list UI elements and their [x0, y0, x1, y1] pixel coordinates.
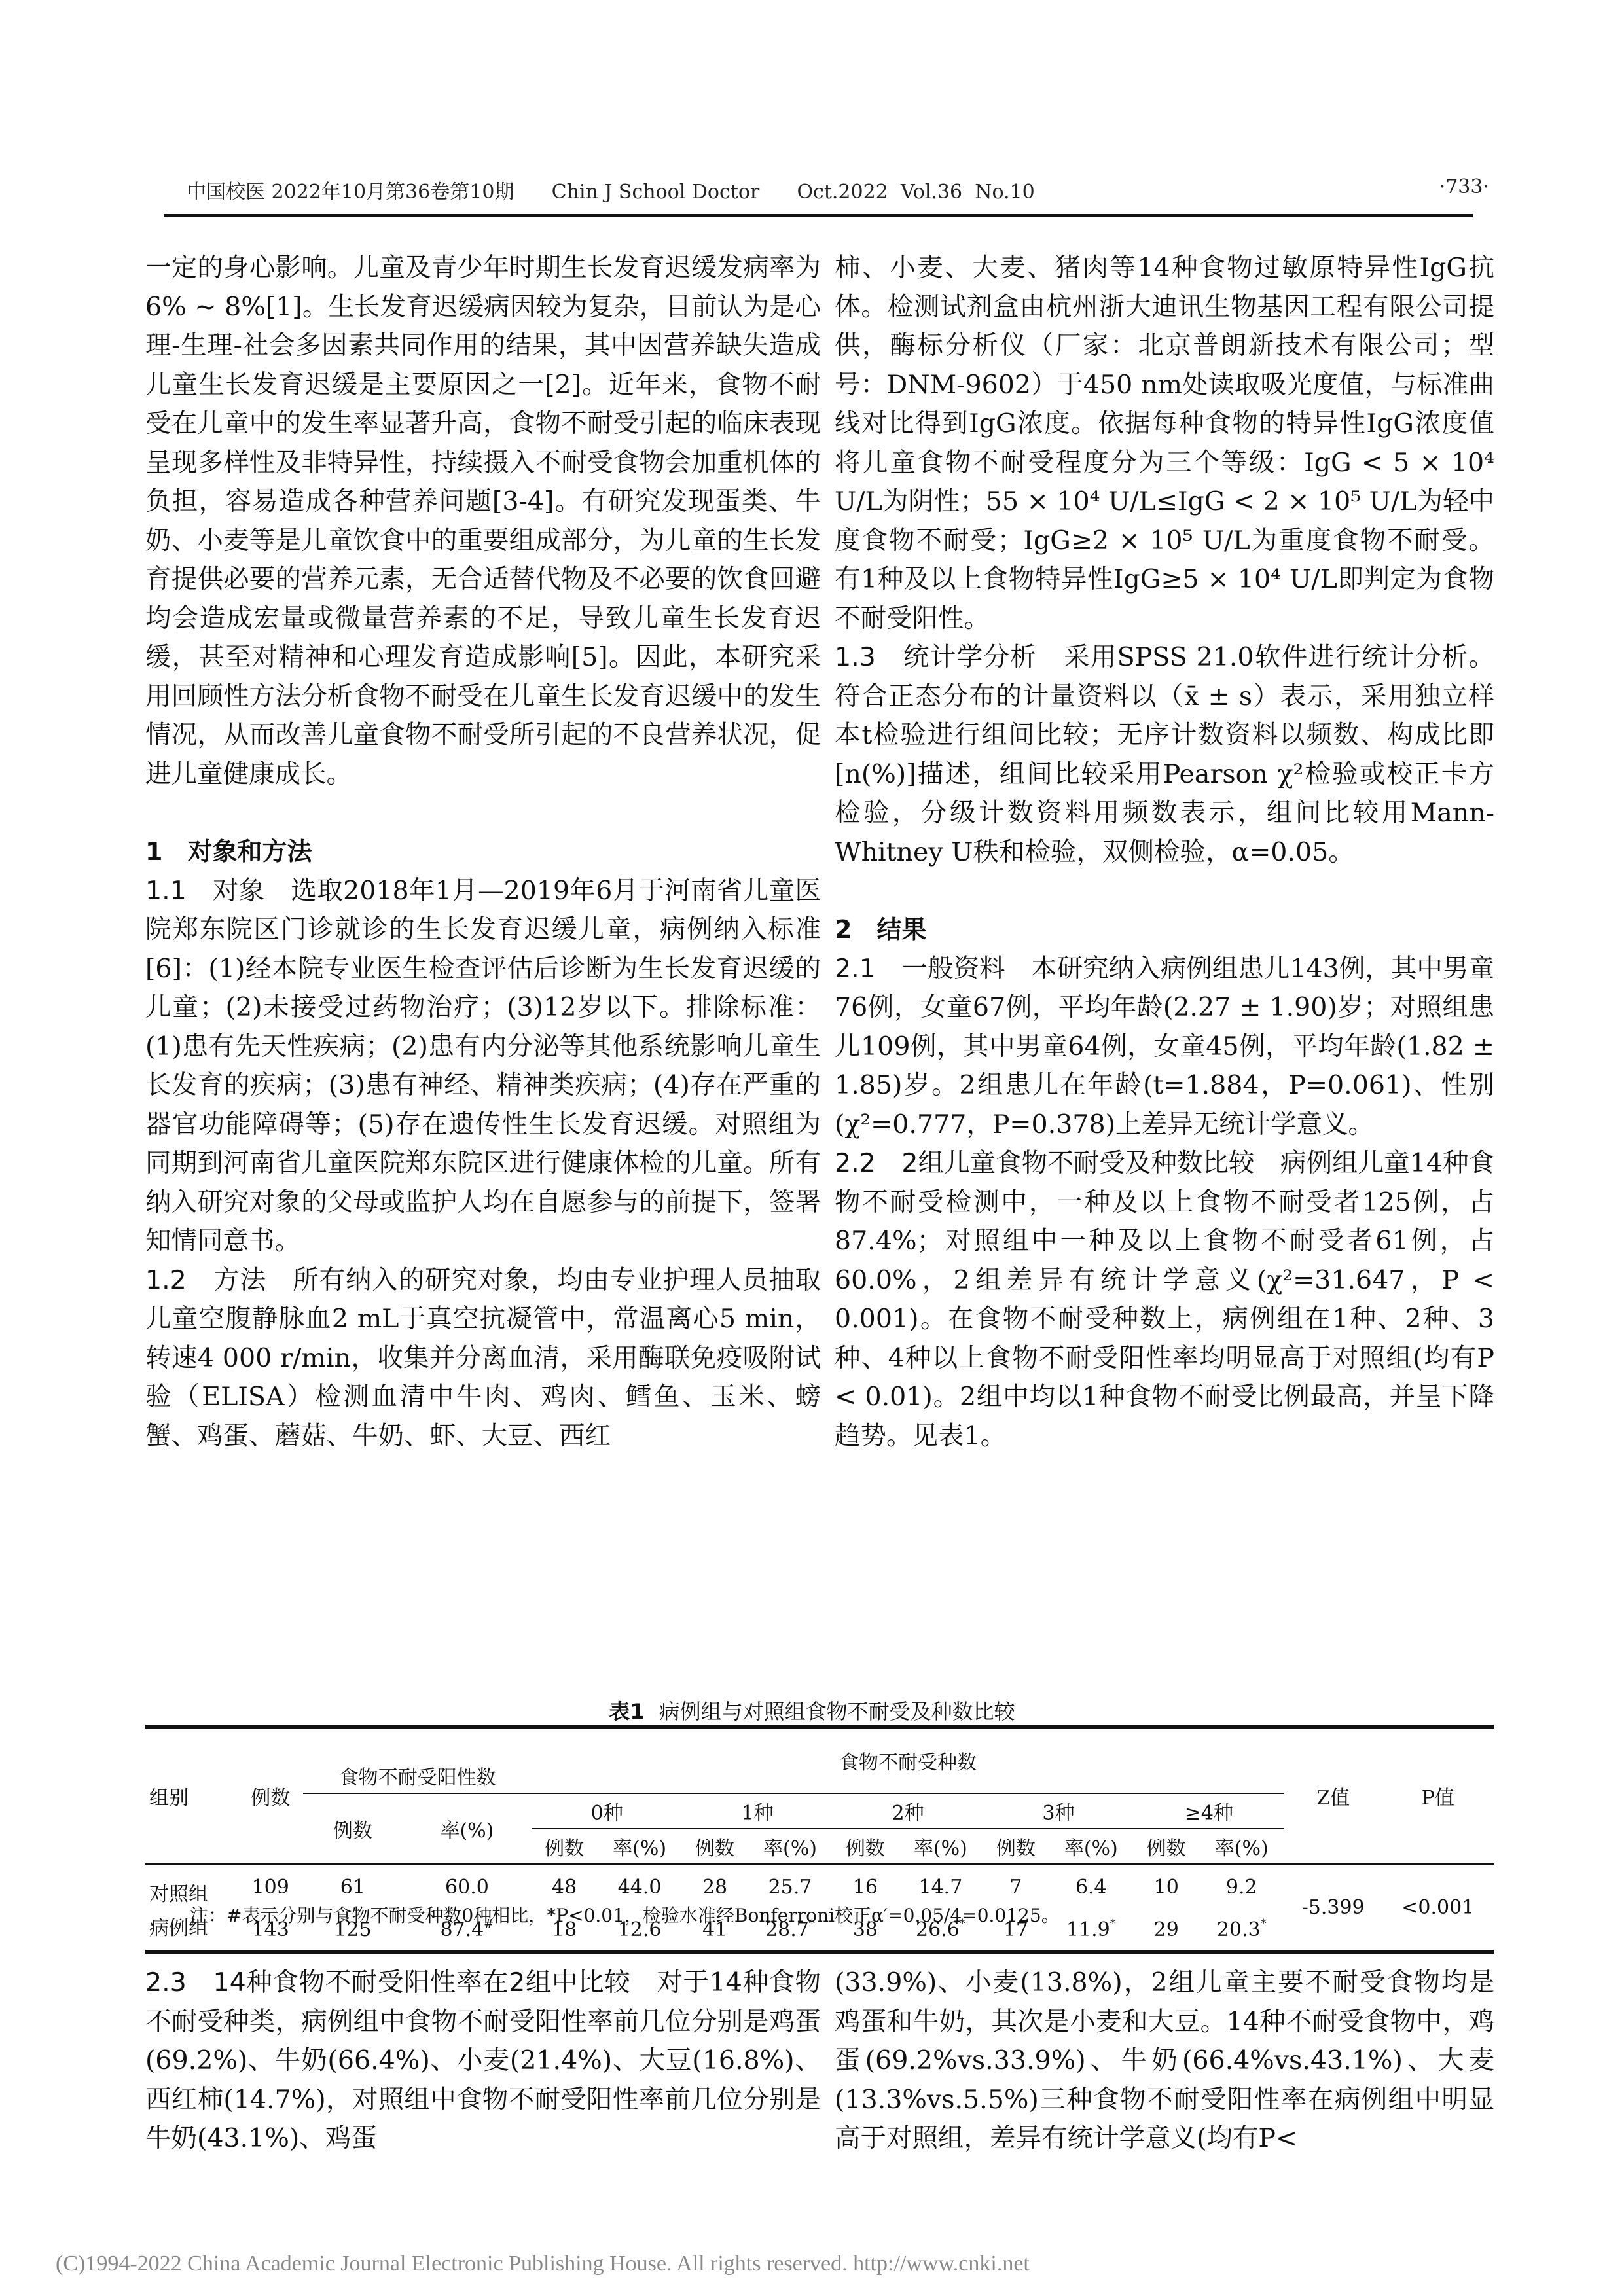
cell-p-value: <0.001: [1382, 1864, 1494, 1952]
th-rate: 率(%): [748, 1829, 833, 1864]
table-note: 注：#表示分别与食物不耐受种数0种相比，*P<0.01，检验水准经Bonferr…: [190, 1901, 1060, 1928]
cell-n: 10: [1134, 1864, 1199, 1909]
bottom-right-column: (33.9%)、小麦(13.8%)，2组儿童主要不耐受食物均是鸡蛋和牛奶，其次是…: [835, 1964, 1494, 2159]
copyright-footer: (C)1994-2022 China Academic Journal Elec…: [56, 2251, 1030, 2276]
th-rate: 率(%): [898, 1829, 983, 1864]
paragraph-2-2: 2.2 2组儿童食物不耐受及种数比较 病例组儿童14种食物不耐受检测中，一种及以…: [835, 1144, 1494, 1456]
section-heading-results: 2 结果: [835, 910, 1494, 950]
th-n: 例数: [983, 1829, 1049, 1864]
right-column: 柿、小麦、大麦、猪肉等14种食物过敏原特异性IgG抗体。检测试剂盒由杭州浙大迪讯…: [835, 249, 1494, 1456]
paragraph-2-1: 2.1 一般资料 本研究纳入病例组患儿143例，其中男童76例，女童67例，平均…: [835, 950, 1494, 1145]
subheading-2-1: 2.1 一般资料: [835, 954, 1005, 984]
th-type-0: 0种: [532, 1793, 682, 1829]
header-rule: [164, 214, 1473, 217]
th-group: 组别: [145, 1727, 238, 1864]
subheading-1-3: 1.3 统计学分析: [835, 642, 1037, 672]
th-cases: 例数: [238, 1727, 303, 1864]
subheading-1-1: 1.1 对象: [145, 876, 265, 906]
cell-rate: 20.3*: [1199, 1909, 1284, 1952]
th-type-3: 3种: [983, 1793, 1134, 1829]
th-type-2: 2种: [833, 1793, 983, 1829]
table-label: 表1: [609, 1699, 644, 1724]
paragraph-1-1: 1.1 对象 选取2018年1月—2019年6月于河南省儿童医院郑东院区门诊就诊…: [145, 872, 821, 1261]
th-positive: 食物不耐受阳性数: [303, 1727, 532, 1793]
paragraph-1-2-cont: 柿、小麦、大麦、猪肉等14种食物过敏原特异性IgG抗体。检测试剂盒由杭州浙大迪讯…: [835, 249, 1494, 638]
paragraph-1-3: 1.3 统计学分析 采用SPSS 21.0软件进行统计分析。符合正态分布的计量资…: [835, 638, 1494, 872]
th-rate: 率(%): [1199, 1829, 1284, 1864]
section-heading-methods: 1 对象和方法: [145, 833, 821, 872]
cell-rate: 6.4: [1049, 1864, 1134, 1909]
bottom-left-column: 2.3 14种食物不耐受阳性率在2组中比较 对于14种食物不耐受种类，病例组中食…: [145, 1964, 821, 2159]
page-number: ·733·: [1439, 175, 1489, 198]
th-n: 例数: [682, 1829, 748, 1864]
table-title: 病例组与对照组食物不耐受及种数比较: [659, 1699, 1015, 1724]
th-pos-rate: 率(%): [403, 1793, 532, 1864]
subheading-2-2: 2.2 2组儿童食物不耐受及种数比较: [835, 1148, 1254, 1178]
th-types: 食物不耐受种数: [532, 1727, 1284, 1793]
th-z: Z值: [1284, 1727, 1382, 1864]
paragraph-1-2: 1.2 方法 所有纳入的研究对象，均由专业护理人员抽取儿童空腹静脉血2 mL于真…: [145, 1261, 821, 1456]
paragraph-2-3-cont: (33.9%)、小麦(13.8%)，2组儿童主要不耐受食物均是鸡蛋和牛奶，其次是…: [835, 1964, 1494, 2159]
cell-n: 29: [1134, 1909, 1199, 1952]
cell-rate: 11.9*: [1049, 1909, 1134, 1952]
left-column: 一定的身心影响。儿童及青少年时期生长发育迟缓发病率为6% ~ 8%[1]。生长发…: [145, 249, 821, 1456]
th-rate: 率(%): [1049, 1829, 1134, 1864]
th-n: 例数: [532, 1829, 597, 1864]
subheading-1-2: 1.2 方法: [145, 1265, 266, 1295]
intro-paragraph: 一定的身心影响。儿童及青少年时期生长发育迟缓发病率为6% ~ 8%[1]。生长发…: [145, 249, 821, 794]
subheading-2-3: 2.3 14种食物不耐受阳性率在2组中比较: [145, 1967, 630, 1998]
running-header: 中国校医 2022年10月第36卷第10期 Chin J School Doct…: [187, 175, 1489, 202]
th-type-1: 1种: [682, 1793, 833, 1829]
th-n: 例数: [833, 1829, 898, 1864]
cell-z-value: -5.399: [1284, 1864, 1382, 1952]
th-n: 例数: [1134, 1829, 1199, 1864]
th-p: P值: [1382, 1727, 1494, 1864]
th-type-4plus: ≥4种: [1134, 1793, 1284, 1829]
journal-citation: 中国校医 2022年10月第36卷第10期 Chin J School Doct…: [187, 175, 1035, 204]
th-pos-n: 例数: [303, 1793, 403, 1864]
th-rate: 率(%): [597, 1829, 682, 1864]
cell-rate: 9.2: [1199, 1864, 1284, 1909]
table-caption: 表1病例组与对照组食物不耐受及种数比较: [0, 1695, 1624, 1725]
